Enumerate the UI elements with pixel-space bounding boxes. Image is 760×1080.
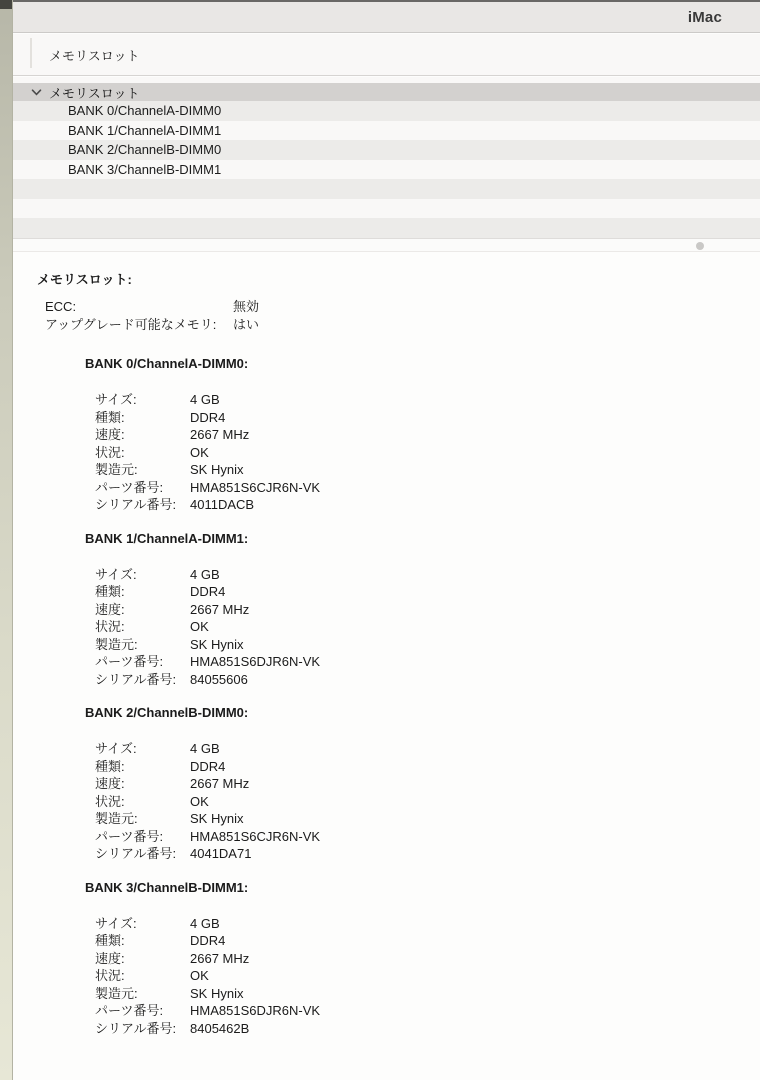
field-value: 2667 MHz [190, 950, 249, 967]
field-value: DDR4 [190, 583, 225, 600]
field-value: はい [233, 316, 259, 333]
field-row: パーツ番号:HMA851S6DJR6N-VK [95, 653, 760, 671]
list-empty-row [13, 218, 760, 238]
field-row: 速度:2667 MHz [95, 775, 760, 793]
field-value: 2667 MHz [190, 426, 249, 443]
field-label: パーツ番号: [95, 1002, 190, 1019]
field-row: 製造元:SK Hynix [95, 636, 760, 654]
field-label: 製造元: [95, 985, 190, 1002]
field-row: シリアル番号:84055606 [95, 671, 760, 689]
field-row: シリアル番号:4041DA71 [95, 845, 760, 863]
field-value: SK Hynix [190, 461, 243, 478]
field-value: HMA851S6CJR6N-VK [190, 828, 320, 845]
field-label: シリアル番号: [95, 496, 190, 513]
list-empty-row [13, 199, 760, 219]
bank-section-title: BANK 0/ChannelA-DIMM0: [85, 355, 760, 372]
field-value: 4 GB [190, 915, 220, 932]
field-label: 製造元: [95, 461, 190, 478]
list-empty-row [13, 179, 760, 199]
field-label: 種類: [95, 932, 190, 949]
details-pane: メモリスロット: ECC:無効アップグレード可能なメモリ:はい BANK 0/C… [13, 253, 760, 1080]
field-row: 状況:OK [95, 967, 760, 985]
field-value: 4 GB [190, 566, 220, 583]
global-field-row: ECC:無効 [45, 298, 760, 316]
field-label: 種類: [95, 583, 190, 600]
field-label: シリアル番号: [95, 1020, 190, 1037]
field-label: 状況: [95, 618, 190, 635]
field-value: DDR4 [190, 758, 225, 775]
field-label: パーツ番号: [95, 828, 190, 845]
field-value: 8405462B [190, 1020, 249, 1037]
global-fields: ECC:無効アップグレード可能なメモリ:はい [45, 298, 760, 333]
field-label: サイズ: [95, 740, 190, 757]
selection-header-label: メモリスロット [49, 45, 139, 64]
list-item-label: BANK 2/ChannelB-DIMM0 [68, 142, 221, 157]
field-row: パーツ番号:HMA851S6CJR6N-VK [95, 828, 760, 846]
field-value: 2667 MHz [190, 601, 249, 618]
bank-section-title: BANK 3/ChannelB-DIMM1: [85, 879, 760, 896]
desktop-background-strip [0, 0, 13, 1080]
splitter-handle-dot [696, 242, 704, 250]
field-value: SK Hynix [190, 985, 243, 1002]
field-row: 種類:DDR4 [95, 409, 760, 427]
list-item-bank-2[interactable]: BANK 2/ChannelB-DIMM0 [13, 140, 760, 160]
selection-header-bar: メモリスロット [13, 34, 760, 76]
field-value: DDR4 [190, 932, 225, 949]
list-item-label: BANK 3/ChannelB-DIMM1 [68, 162, 221, 177]
field-value: HMA851S6CJR6N-VK [190, 479, 320, 496]
field-value: OK [190, 793, 209, 810]
field-value: DDR4 [190, 409, 225, 426]
field-label: 製造元: [95, 636, 190, 653]
memory-slot-list: メモリスロット BANK 0/ChannelA-DIMM0BANK 1/Chan… [13, 77, 760, 238]
field-row: シリアル番号:8405462B [95, 1020, 760, 1038]
field-value: 4041DA71 [190, 845, 251, 862]
field-label: 速度: [95, 426, 190, 443]
column-divider [30, 38, 32, 68]
bank-fields: サイズ:4 GB種類:DDR4速度:2667 MHz状況:OK製造元:SK Hy… [85, 566, 760, 689]
field-label: パーツ番号: [95, 653, 190, 670]
bank-fields: サイズ:4 GB種類:DDR4速度:2667 MHz状況:OK製造元:SK Hy… [85, 740, 760, 863]
field-row: サイズ:4 GB [95, 391, 760, 409]
field-value: 無効 [233, 298, 259, 315]
global-field-row: アップグレード可能なメモリ:はい [45, 316, 760, 334]
list-group-label: メモリスロット [49, 83, 139, 102]
pane-splitter[interactable] [13, 238, 760, 252]
field-row: サイズ:4 GB [95, 566, 760, 584]
field-label: 速度: [95, 775, 190, 792]
bank-section-2: BANK 2/ChannelB-DIMM0:サイズ:4 GB種類:DDR4速度:… [85, 704, 760, 863]
field-label: サイズ: [95, 915, 190, 932]
field-row: サイズ:4 GB [95, 915, 760, 933]
field-row: 種類:DDR4 [95, 932, 760, 950]
field-label: サイズ: [95, 566, 190, 583]
field-value: 4011DACB [190, 496, 254, 513]
field-label: 速度: [95, 601, 190, 618]
field-value: 2667 MHz [190, 775, 249, 792]
details-title: メモリスロット: [37, 271, 760, 288]
field-value: SK Hynix [190, 636, 243, 653]
bank-fields: サイズ:4 GB種類:DDR4速度:2667 MHz状況:OK製造元:SK Hy… [85, 915, 760, 1038]
field-value: HMA851S6DJR6N-VK [190, 1002, 320, 1019]
field-row: シリアル番号:4011DACB [95, 496, 760, 514]
field-label: サイズ: [95, 391, 190, 408]
bank-section-title: BANK 2/ChannelB-DIMM0: [85, 704, 760, 721]
bank-section-title: BANK 1/ChannelA-DIMM1: [85, 530, 760, 547]
chevron-down-icon [31, 89, 42, 96]
field-label: パーツ番号: [95, 479, 190, 496]
list-item-bank-1[interactable]: BANK 1/ChannelA-DIMM1 [13, 121, 760, 141]
field-row: 製造元:SK Hynix [95, 985, 760, 1003]
field-value: SK Hynix [190, 810, 243, 827]
field-label: 速度: [95, 950, 190, 967]
field-row: 製造元:SK Hynix [95, 461, 760, 479]
field-row: サイズ:4 GB [95, 740, 760, 758]
bank-fields: サイズ:4 GB種類:DDR4速度:2667 MHz状況:OK製造元:SK Hy… [85, 391, 760, 514]
list-item-label: BANK 1/ChannelA-DIMM1 [68, 123, 221, 138]
field-value: OK [190, 618, 209, 635]
field-value: OK [190, 967, 209, 984]
field-label: シリアル番号: [95, 671, 190, 688]
field-row: 状況:OK [95, 444, 760, 462]
field-label: 種類: [95, 409, 190, 426]
field-label: アップグレード可能なメモリ: [45, 316, 233, 333]
window-titlebar[interactable]: iMac [13, 2, 760, 33]
window-title: iMac [688, 9, 722, 26]
field-row: 種類:DDR4 [95, 758, 760, 776]
field-row: 状況:OK [95, 793, 760, 811]
bank-section-0: BANK 0/ChannelA-DIMM0:サイズ:4 GB種類:DDR4速度:… [85, 355, 760, 514]
field-value: 4 GB [190, 740, 220, 757]
bank-section-3: BANK 3/ChannelB-DIMM1:サイズ:4 GB種類:DDR4速度:… [85, 879, 760, 1038]
list-item-label: BANK 0/ChannelA-DIMM0 [68, 103, 221, 118]
field-label: 製造元: [95, 810, 190, 827]
field-label: シリアル番号: [95, 845, 190, 862]
field-value: 4 GB [190, 391, 220, 408]
list-rows-container: BANK 0/ChannelA-DIMM0BANK 1/ChannelA-DIM… [13, 101, 760, 238]
bank-sections: BANK 0/ChannelA-DIMM0:サイズ:4 GB種類:DDR4速度:… [85, 355, 760, 1037]
field-label: ECC: [45, 298, 233, 315]
field-row: パーツ番号:HMA851S6CJR6N-VK [95, 479, 760, 497]
field-label: 種類: [95, 758, 190, 775]
field-row: 速度:2667 MHz [95, 426, 760, 444]
field-value: 84055606 [190, 671, 248, 688]
field-row: 製造元:SK Hynix [95, 810, 760, 828]
field-row: 速度:2667 MHz [95, 950, 760, 968]
field-label: 状況: [95, 967, 190, 984]
field-row: パーツ番号:HMA851S6DJR6N-VK [95, 1002, 760, 1020]
field-row: 種類:DDR4 [95, 583, 760, 601]
field-value: HMA851S6DJR6N-VK [190, 653, 320, 670]
system-information-window: iMac メモリスロット メモリスロット BANK 0/ChannelA-DIM… [13, 0, 760, 1080]
field-value: OK [190, 444, 209, 461]
field-label: 状況: [95, 444, 190, 461]
field-label: 状況: [95, 793, 190, 810]
field-row: 速度:2667 MHz [95, 601, 760, 619]
list-group-memory-slots[interactable]: メモリスロット [13, 83, 760, 101]
list-item-bank-0[interactable]: BANK 0/ChannelA-DIMM0 [13, 101, 760, 121]
field-row: 状況:OK [95, 618, 760, 636]
list-item-bank-3[interactable]: BANK 3/ChannelB-DIMM1 [13, 160, 760, 180]
bank-section-1: BANK 1/ChannelA-DIMM1:サイズ:4 GB種類:DDR4速度:… [85, 530, 760, 689]
